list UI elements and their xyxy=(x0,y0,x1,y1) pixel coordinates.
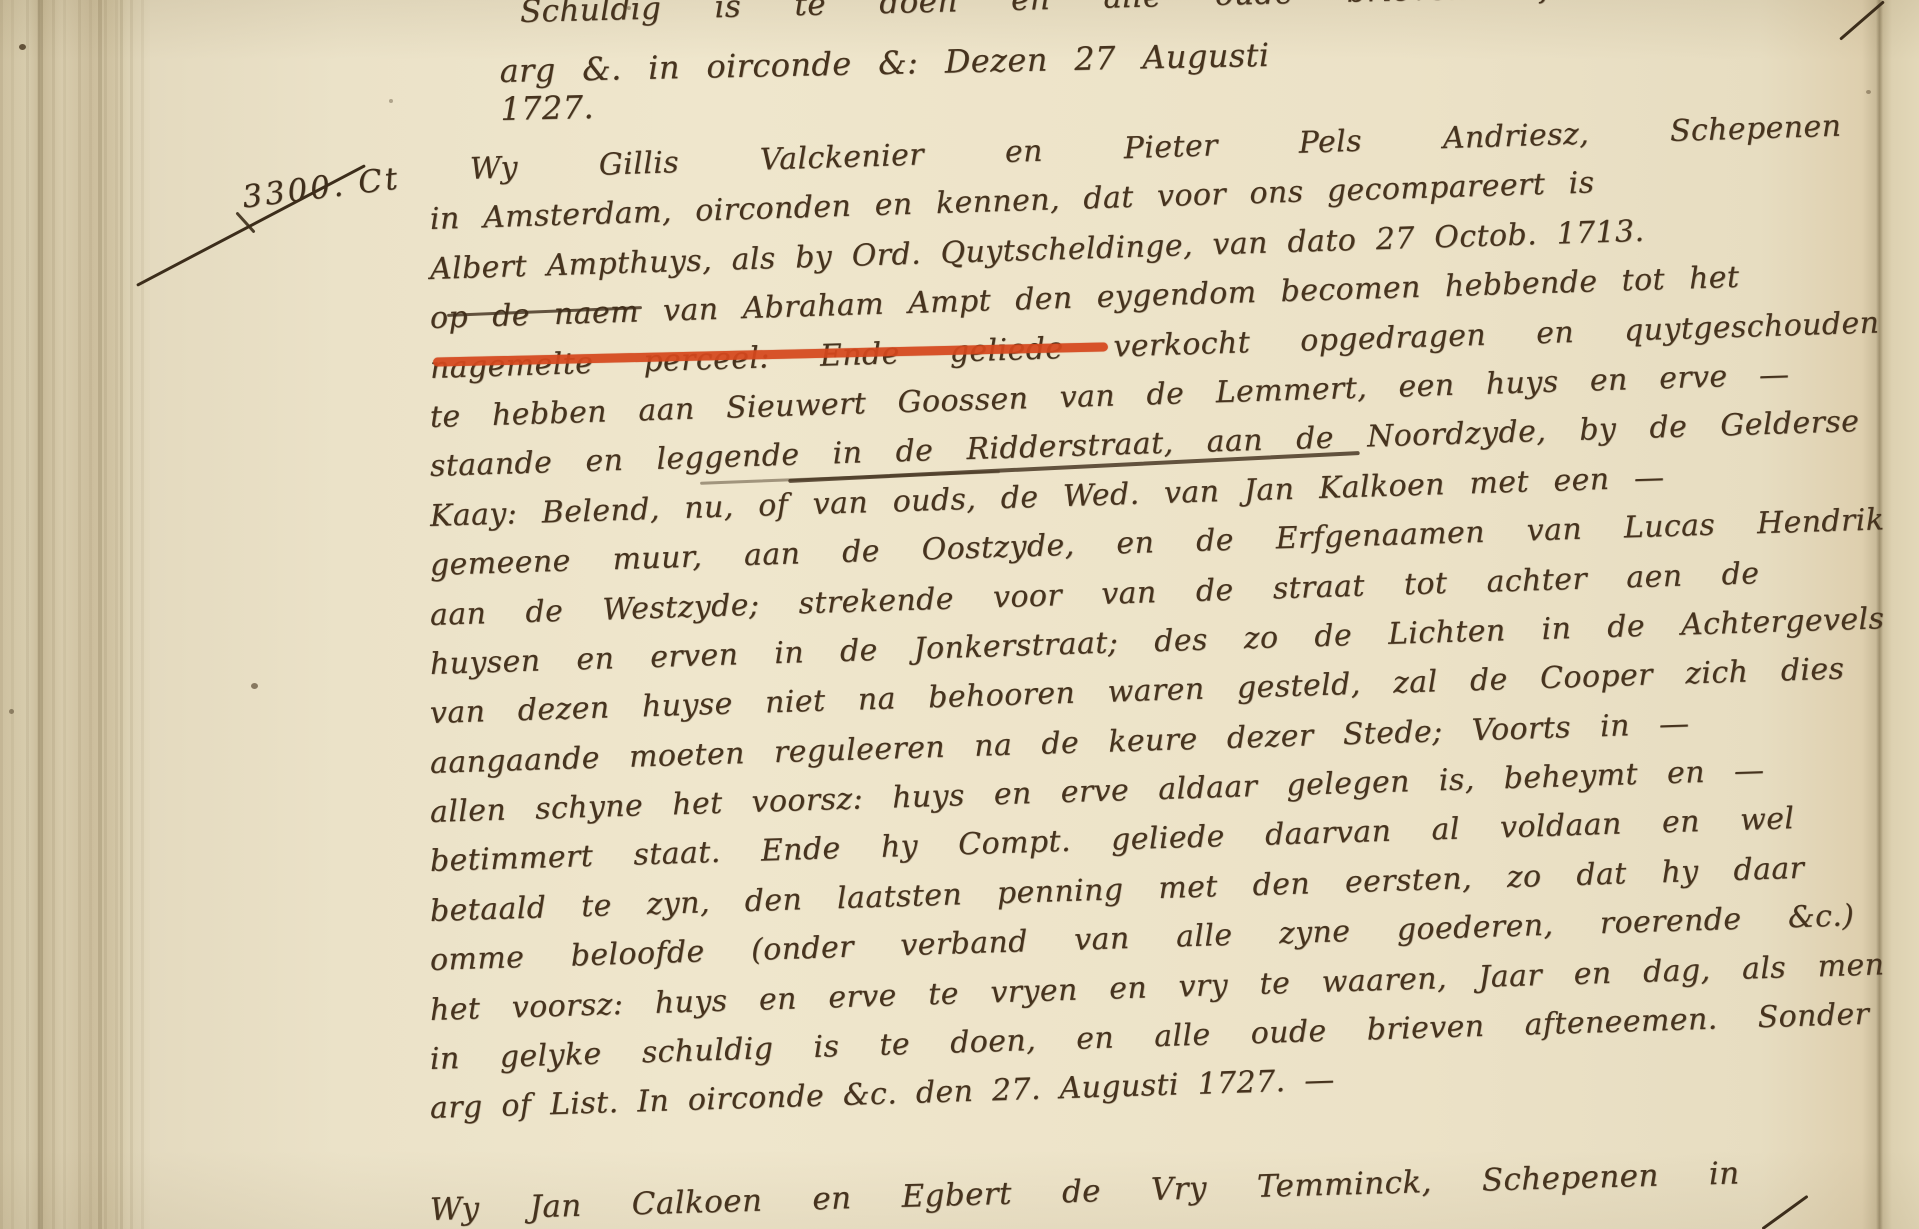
binding-fold-line xyxy=(120,0,123,1229)
binding-fold-line xyxy=(98,0,102,1229)
corner-slash-mark xyxy=(1761,1195,1808,1229)
page-binding-gutter xyxy=(0,0,150,1229)
binding-fold-line xyxy=(38,0,43,1229)
foxing-speck xyxy=(9,709,14,714)
foxing-speck xyxy=(251,683,258,689)
margin-amount-note: 3300. Ct xyxy=(240,160,402,215)
next-entry-line: Wy Jan Calkoen en Egbert de Vry Temminck… xyxy=(429,1155,1739,1228)
foxing-speck xyxy=(627,6,631,10)
previous-entry-line: Schuldig is te doen en alle oude brieven… xyxy=(520,0,1890,30)
manuscript-page: Schuldig is te doen en alle oude brieven… xyxy=(0,0,1919,1229)
deed-text-block: Wy Gillis Valckenier en Pieter Pels Andr… xyxy=(430,146,1885,1134)
previous-entry-line: arg &. in oirconde &: Dezen 27 Augusti 1… xyxy=(499,36,1270,128)
foxing-speck xyxy=(389,99,393,103)
foxing-speck xyxy=(1866,90,1871,94)
foxing-speck xyxy=(19,44,26,50)
